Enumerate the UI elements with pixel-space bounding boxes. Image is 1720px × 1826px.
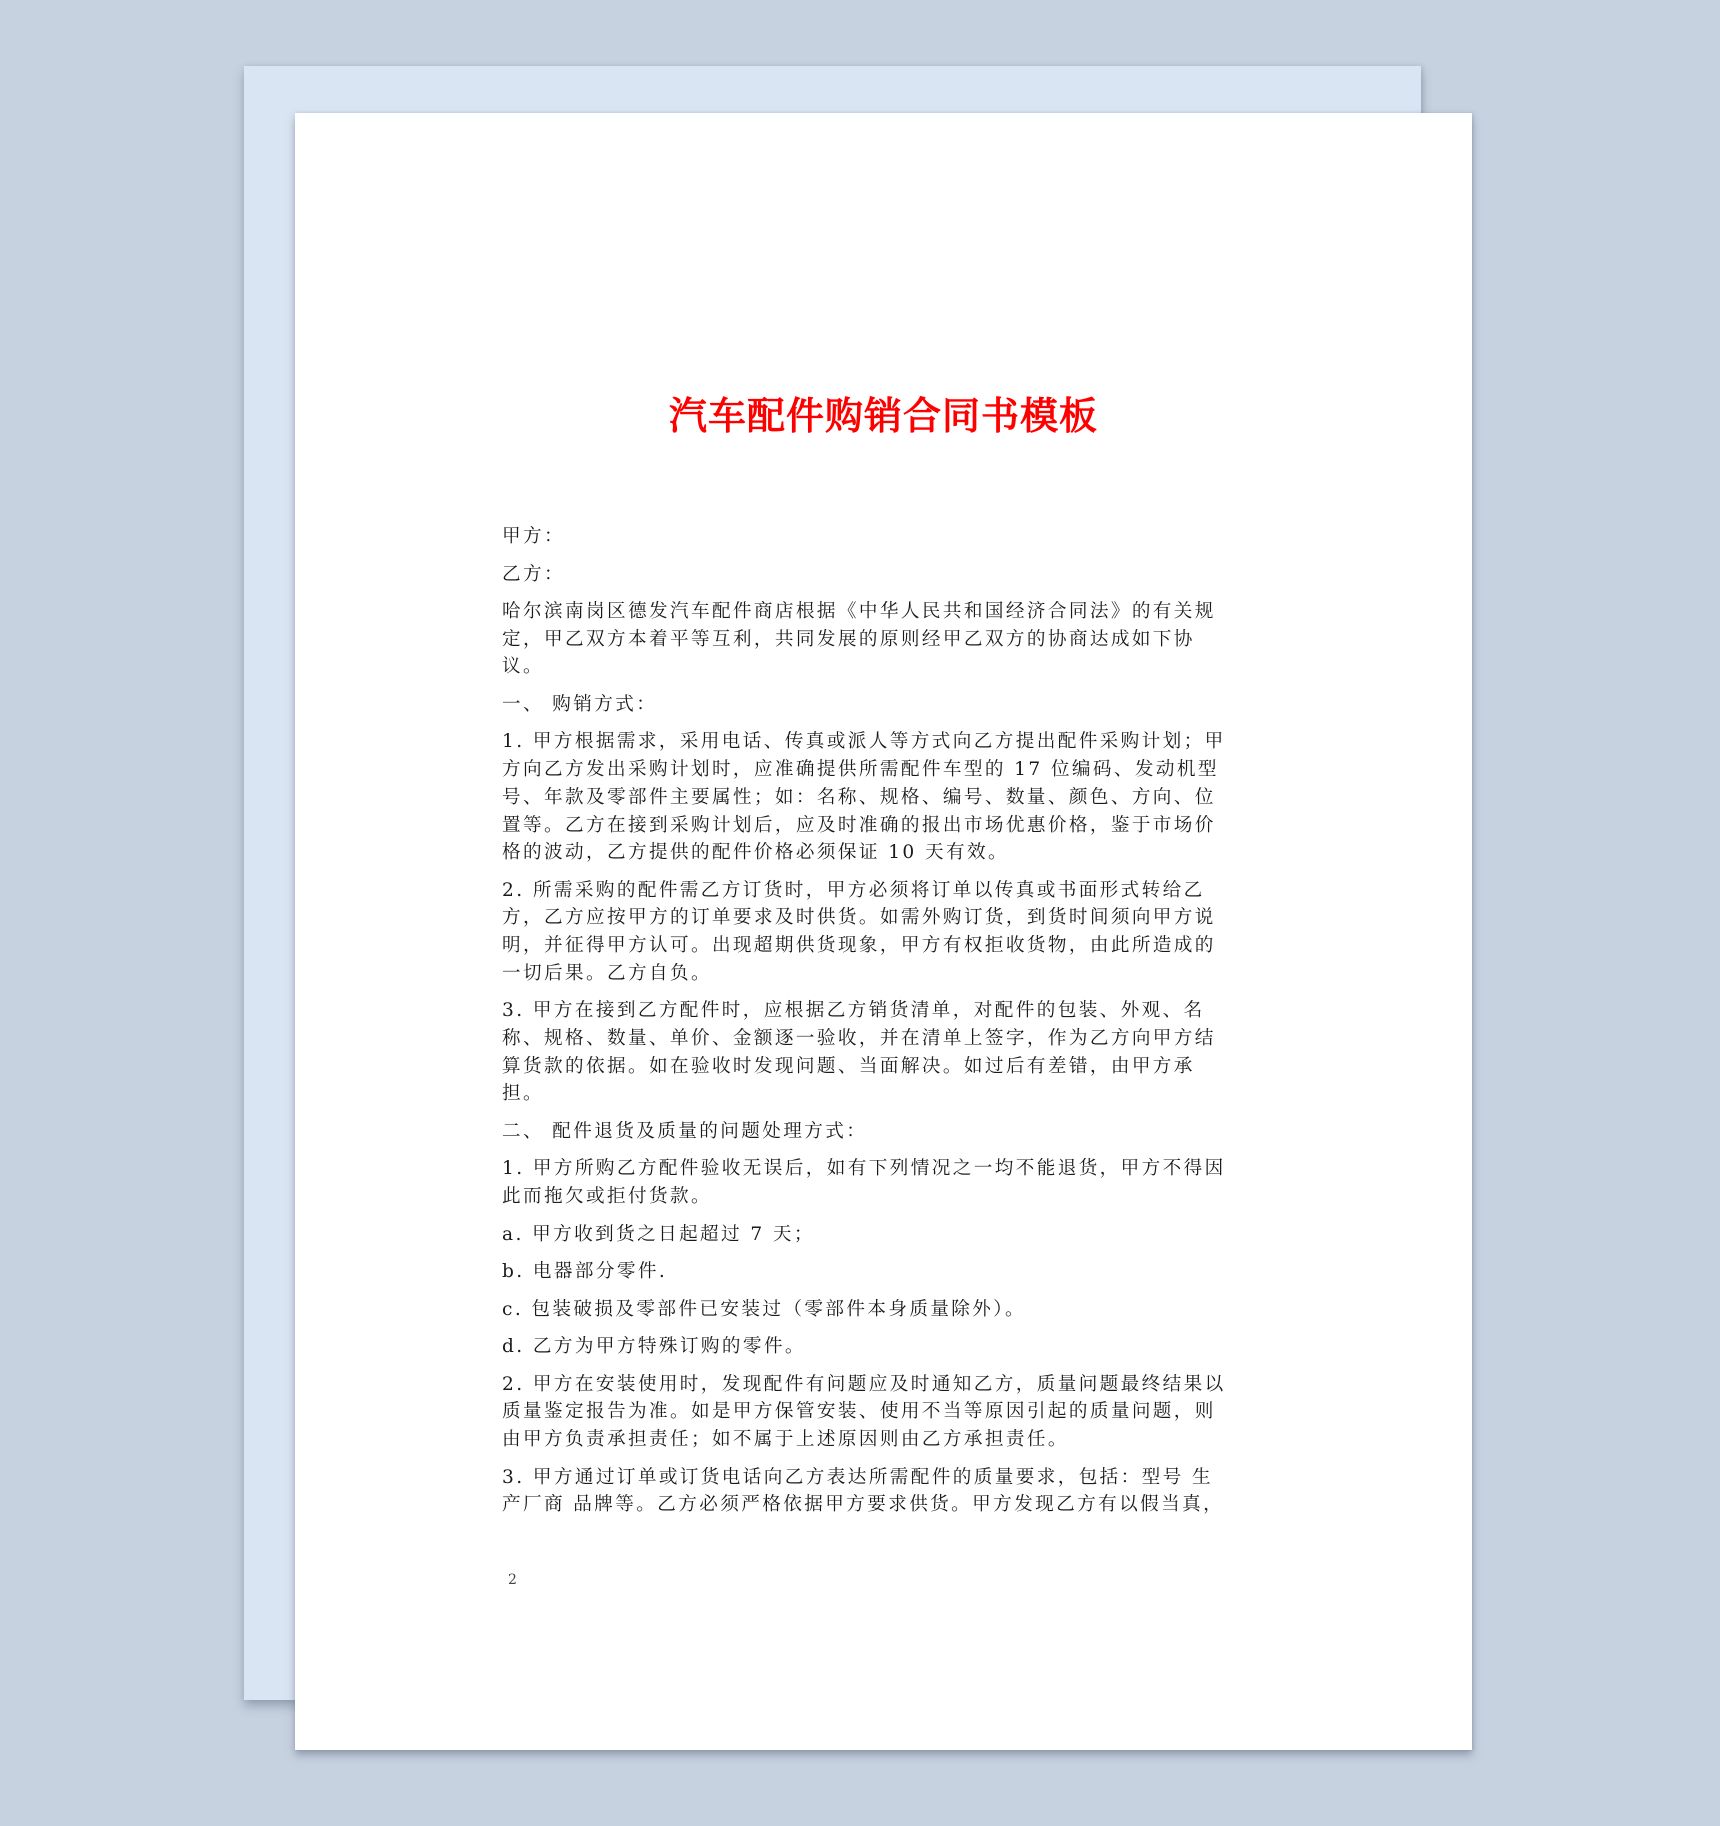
text-line: 定，甲乙双方本着平等互利，共同发展的原则经甲乙双方的协商达成如下协 [502, 626, 1262, 654]
text-line: 一、 购销方式： [502, 691, 1262, 719]
page-number: 2 [508, 1572, 517, 1588]
text-line: 1. 甲方根据需求，采用电话、传真或派人等方式向乙方提出配件采购计划；甲 [502, 728, 1262, 756]
text-line: 产厂商 品牌等。乙方必须严格依据甲方要求供货。甲方发现乙方有以假当真， [502, 1491, 1262, 1519]
text-line: 3. 甲方在接到乙方配件时，应根据乙方销货清单，对配件的包装、外观、名 [502, 997, 1262, 1025]
paragraph: 二、 配件退货及质量的问题处理方式： [502, 1118, 1262, 1146]
text-line: 议。 [502, 653, 1262, 681]
text-line: 2. 所需采购的配件需乙方订货时，甲方必须将订单以传真或书面形式转给乙 [502, 877, 1262, 905]
document-title: 汽车配件购销合同书模板 [295, 391, 1472, 441]
paragraph: 甲方： [502, 523, 1262, 551]
text-line: 置等。乙方在接到采购计划后，应及时准确的报出市场优惠价格，鉴于市场价 [502, 812, 1262, 840]
text-line: a. 甲方收到货之日起超过 7 天； [502, 1221, 1262, 1249]
text-line: c. 包装破损及零部件已安装过（零部件本身质量除外）。 [502, 1296, 1262, 1324]
document-page: 汽车配件购销合同书模板 甲方：乙方：哈尔滨南岗区德发汽车配件商店根据《中华人民共… [295, 113, 1472, 1750]
paragraph: 3. 甲方通过订单或订货电话向乙方表达所需配件的质量要求，包括：型号 生产厂商 … [502, 1464, 1262, 1519]
text-line: 甲方： [502, 523, 1262, 551]
text-line: 方，乙方应按甲方的订单要求及时供货。如需外购订货，到货时间须向甲方说 [502, 904, 1262, 932]
paragraph: 哈尔滨南岗区德发汽车配件商店根据《中华人民共和国经济合同法》的有关规定，甲乙双方… [502, 598, 1262, 681]
text-line: 此而拖欠或拒付货款。 [502, 1183, 1262, 1211]
paragraph: 2. 甲方在安装使用时，发现配件有问题应及时通知乙方，质量问题最终结果以质量鉴定… [502, 1371, 1262, 1454]
paragraph: 2. 所需采购的配件需乙方订货时，甲方必须将订单以传真或书面形式转给乙方，乙方应… [502, 877, 1262, 988]
text-line: 质量鉴定报告为准。如是甲方保管安装、使用不当等原因引起的质量问题，则 [502, 1398, 1262, 1426]
paragraph: b. 电器部分零件. [502, 1258, 1262, 1286]
text-line: 格的波动，乙方提供的配件价格必须保证 10 天有效。 [502, 839, 1262, 867]
text-line: b. 电器部分零件. [502, 1258, 1262, 1286]
paragraph: c. 包装破损及零部件已安装过（零部件本身质量除外）。 [502, 1296, 1262, 1324]
text-line: 号、年款及零部件主要属性；如：名称、规格、编号、数量、颜色、方向、位 [502, 784, 1262, 812]
text-line: 哈尔滨南岗区德发汽车配件商店根据《中华人民共和国经济合同法》的有关规 [502, 598, 1262, 626]
text-line: 1. 甲方所购乙方配件验收无误后，如有下列情况之一均不能退货，甲方不得因 [502, 1155, 1262, 1183]
text-line: 称、规格、数量、单价、金额逐一验收，并在清单上签字，作为乙方向甲方结 [502, 1025, 1262, 1053]
text-line: 明，并征得甲方认可。出现超期供货现象，甲方有权拒收货物，由此所造成的 [502, 932, 1262, 960]
text-line: d. 乙方为甲方特殊订购的零件。 [502, 1333, 1262, 1361]
paragraph: 一、 购销方式： [502, 691, 1262, 719]
paragraph: a. 甲方收到货之日起超过 7 天； [502, 1221, 1262, 1249]
text-line: 乙方： [502, 561, 1262, 589]
document-body: 甲方：乙方：哈尔滨南岗区德发汽车配件商店根据《中华人民共和国经济合同法》的有关规… [502, 523, 1262, 1529]
text-line: 一切后果。乙方自负。 [502, 960, 1262, 988]
text-line: 担。 [502, 1080, 1262, 1108]
paragraph: 1. 甲方所购乙方配件验收无误后，如有下列情况之一均不能退货，甲方不得因此而拖欠… [502, 1155, 1262, 1210]
text-line: 3. 甲方通过订单或订货电话向乙方表达所需配件的质量要求，包括：型号 生 [502, 1464, 1262, 1492]
text-line: 算货款的依据。如在验收时发现问题、当面解决。如过后有差错，由甲方承 [502, 1053, 1262, 1081]
text-line: 2. 甲方在安装使用时，发现配件有问题应及时通知乙方，质量问题最终结果以 [502, 1371, 1262, 1399]
paragraph: d. 乙方为甲方特殊订购的零件。 [502, 1333, 1262, 1361]
paragraph: 1. 甲方根据需求，采用电话、传真或派人等方式向乙方提出配件采购计划；甲方向乙方… [502, 728, 1262, 867]
text-line: 二、 配件退货及质量的问题处理方式： [502, 1118, 1262, 1146]
text-line: 方向乙方发出采购计划时，应准确提供所需配件车型的 17 位编码、发动机型 [502, 756, 1262, 784]
paragraph: 3. 甲方在接到乙方配件时，应根据乙方销货清单，对配件的包装、外观、名称、规格、… [502, 997, 1262, 1108]
text-line: 由甲方负责承担责任；如不属于上述原因则由乙方承担责任。 [502, 1426, 1262, 1454]
paragraph: 乙方： [502, 561, 1262, 589]
